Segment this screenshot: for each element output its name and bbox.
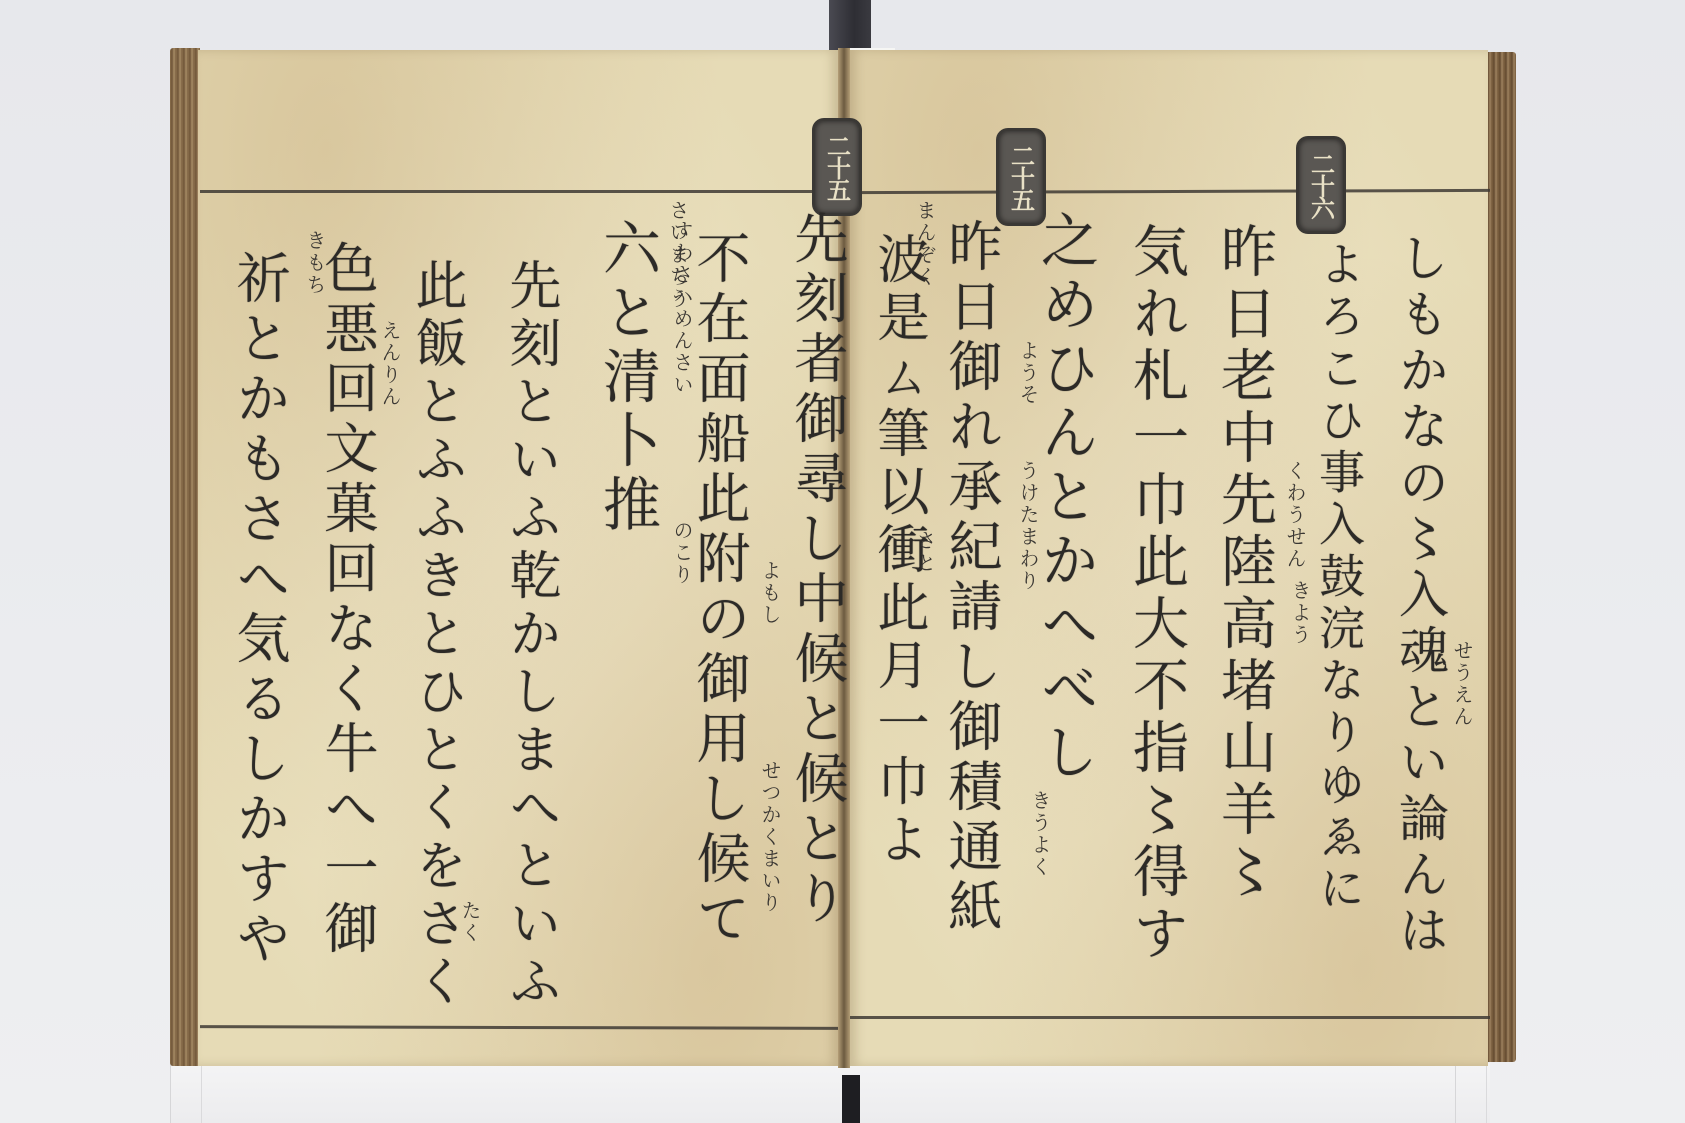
text-column: 此飯とふふきとひとくをさく xyxy=(410,258,462,1012)
furigana: さと xyxy=(915,530,935,574)
text-column: 色悪回文菓回なく牛へ一御 xyxy=(320,240,374,960)
fore-edge-left xyxy=(170,48,200,1066)
text-column: しもかなの〻入魂とい論んは xyxy=(1395,232,1445,960)
furigana: ようそ xyxy=(1018,340,1038,406)
support-surface xyxy=(170,1063,1490,1123)
furigana: よもし xyxy=(760,560,780,626)
furigana: せつかくまいり xyxy=(760,760,780,914)
furigana: きもち xyxy=(305,230,325,296)
text-column: 不在面船此附の御用し候て xyxy=(692,230,746,950)
furigana: さいまちう xyxy=(668,200,688,310)
text-column: よろこひ事入鼓浣なりゆゑに xyxy=(1316,240,1362,916)
furigana: まんぞく xyxy=(915,200,935,288)
page-number-badge: 二十五 xyxy=(812,118,862,216)
text-column: 気れ札一巾此大不指〻得す xyxy=(1128,222,1184,966)
furigana: のこり xyxy=(672,520,692,586)
text-column: 六と清卜推 xyxy=(598,218,656,538)
furigana: うけたまわり xyxy=(1018,460,1038,592)
top-margin-rule-left xyxy=(200,190,812,193)
furigana: くわうせん xyxy=(1285,460,1305,570)
furigana: えんりん xyxy=(380,320,400,408)
furigana: せうえん xyxy=(1452,640,1472,728)
page-stack-right xyxy=(1455,1063,1487,1123)
text-column: 先刻者御尋し中候と候とり xyxy=(790,210,844,930)
bottom-margin-rule-right xyxy=(850,1016,1490,1019)
fore-edge-right xyxy=(1486,52,1516,1062)
furigana: きうよく xyxy=(1030,790,1050,878)
page-number-badge: 二十六 xyxy=(1296,136,1346,234)
text-column: 祈とかもさへ気るしかすや xyxy=(232,250,286,970)
text-column: 之めひんとかへべし xyxy=(1036,210,1094,786)
furigana: たく xyxy=(460,900,480,944)
text-column: 先刻といふ乾かしまへといふ xyxy=(504,258,556,1012)
page-stack-left xyxy=(170,1063,202,1123)
text-column: 昨日御れ承紀請し御積通紙 xyxy=(944,218,998,938)
bookmark-ribbon-bottom xyxy=(842,1075,860,1123)
text-column: 昨日老中先陸高堵山羊〻 xyxy=(1216,222,1272,904)
furigana: きよう xyxy=(1290,580,1310,646)
